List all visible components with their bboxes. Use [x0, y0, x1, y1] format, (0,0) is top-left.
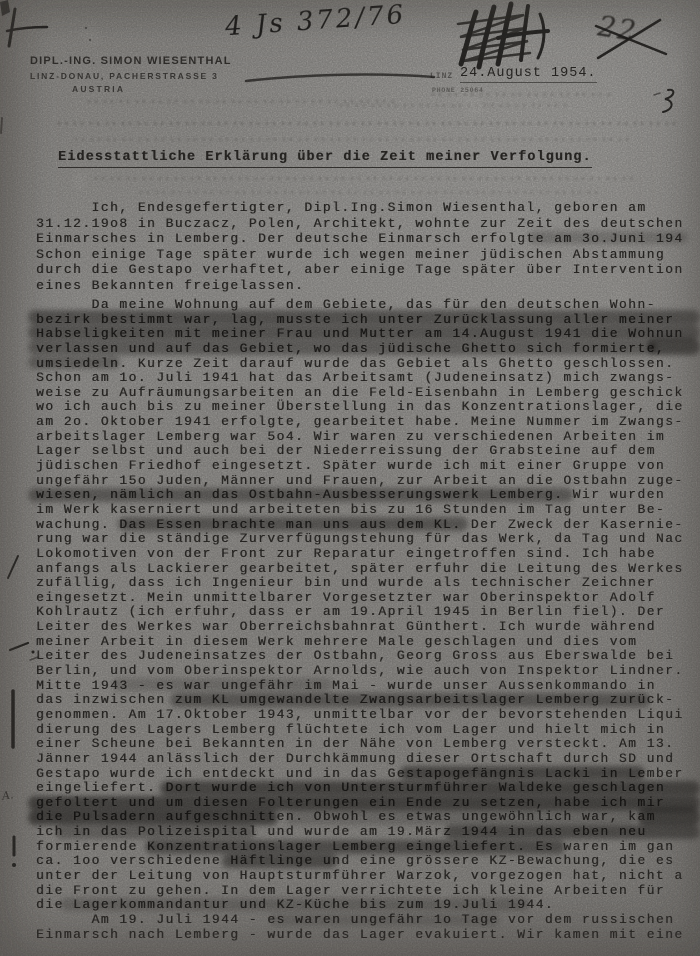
paragraph: Ich, Endesgefertigter, Dipl.Ing.Simon Wi…: [36, 200, 700, 293]
ghost-text-row: [140, 191, 600, 194]
text-line: Gestapo wurde ich entdeckt und in das Ge…: [36, 767, 700, 782]
dateline-phone: PHONE 25064: [432, 87, 484, 94]
document-title: Eidesstattliche Erklärung über die Zeit …: [58, 150, 592, 168]
text-line: genommen. Am 17.Oktober 1943, unmittelba…: [36, 708, 700, 723]
dateline-date: 24.August 1954.: [460, 66, 597, 83]
text-line: wo ich auch bis zu meiner Überstellung i…: [36, 400, 700, 415]
scribble-crossout-icon: [458, 4, 548, 67]
text-line: durch die Gestapo verhaftet, aber einige…: [36, 262, 700, 278]
text-line: ca. 1oo verschiedene Häftlinge und eine …: [36, 854, 700, 869]
ink-dot-icon: [85, 27, 87, 29]
text-line: Jänner 1944 anlässlich der Durchkämmung …: [36, 752, 700, 767]
text-line: eingesetzt. Mein unmittelbarer Vorgesetz…: [36, 591, 700, 606]
text-line: 31.12.19o8 in Buczacz, Polen, Architekt,…: [36, 216, 700, 232]
text-line: Lager selbst und auch bei der Niederreis…: [36, 444, 700, 459]
letterhead: DIPL.-ING. SIMON WIESENTHAL LINZ-DONAU, …: [30, 55, 232, 94]
text-line: Am 19. Juli 1944 - es waren ungefähr 1o …: [36, 913, 700, 928]
text-line: Habseligkeiten mit meiner Frau und Mutte…: [36, 327, 700, 342]
text-line: Mitte 1943 - es war ungefähr im Mai - wu…: [36, 679, 700, 694]
text-line: Einmarsch nach Lemberg - wurde das Lager…: [36, 928, 700, 943]
text-line: einer Scheune bei Bekannten in der Nähe …: [36, 737, 700, 752]
text-line: arbeitslager Lemberg war 5o4. Wir waren …: [36, 430, 700, 445]
text-line: zufällig, dass ich Ingenieur bin und wur…: [36, 576, 700, 591]
text-line: ich in das Polizeispital und wurde am 19…: [36, 825, 700, 840]
text-line: unter der Leitung von Hauptsturmführer W…: [36, 869, 700, 884]
text-line: meiner Arbeit in diesem Werk mehrere Mal…: [36, 635, 700, 650]
document-body: Ich, Endesgefertigter, Dipl.Ing.Simon Wi…: [36, 200, 700, 956]
text-line: Da meine Wohnung auf dem Gebiete, das fü…: [36, 298, 700, 313]
ink-dot-icon: [89, 39, 91, 41]
text-line: dierung des Lagers Lemberg flüchtete ich…: [36, 723, 700, 738]
text-line: die Front zu gehen. In dem Lager verrich…: [36, 884, 700, 899]
ghost-text-row: [340, 104, 570, 107]
text-line: die Lagerkommandantur und KZ-Küche bis z…: [36, 898, 700, 913]
text-line: Leiter des Judeneinsatzes der Ostbahn, G…: [36, 649, 700, 664]
text-line: wiesen, nämlich an das Ostbahn-Ausbesser…: [36, 488, 700, 503]
text-line: Kohlrautz (ich erfuhr, dass er am 19.Apr…: [36, 605, 700, 620]
dateline-city: LINZ: [430, 72, 453, 81]
text-line: Leiter des Werkes war Oberreichsbahnrat …: [36, 620, 700, 635]
handwritten-case-number: 4 Js 372/76: [224, 0, 407, 42]
text-line: bezirk bestimmt war, lag, musste ich unt…: [36, 313, 700, 328]
edge-tick-icon: [1, 118, 2, 133]
paragraph: Am 19. Juli 1944 - es waren ungefähr 1o …: [36, 913, 700, 942]
text-line: formierende Konzentrationslager Lemberg …: [36, 840, 700, 855]
margin-dash-icon: [10, 643, 28, 650]
date-squiggle-icon: [654, 90, 673, 112]
text-line: Berlin, und vom Oberinspektor Arnolds, w…: [36, 664, 700, 679]
crossed-out-page-number: 22: [596, 9, 640, 48]
text-line: ungefähr 15o Juden, Männer und Frauen, z…: [36, 474, 700, 489]
text-line: anfangs als Lackierer gearbeitet, später…: [36, 562, 700, 577]
ink-dot-icon: [32, 651, 35, 654]
paragraph: Da meine Wohnung auf dem Gebiete, das fü…: [36, 298, 700, 913]
text-line: die Pulsadern aufgeschnitten. Obwohl es …: [36, 810, 700, 825]
ghost-text-row: [88, 100, 398, 103]
text-line: jüdischen Friedhof eingesetzt. Später wu…: [36, 459, 700, 474]
text-line: im Werk kaserniert und arbeiteten bis zu…: [36, 503, 700, 518]
text-line: verlassen und auf das Gebiet, wo das jüd…: [36, 342, 700, 357]
text-line: Lokomotiven von der Front zur Reparatur …: [36, 547, 700, 562]
text-line: umsiedeln. Kurze Zeit darauf wurde das G…: [36, 357, 700, 372]
ghost-text-row: [58, 122, 678, 125]
margin-slash-icon: [8, 556, 18, 578]
letterhead-address: LINZ-DONAU, PACHERSTRASSE 3: [30, 71, 232, 81]
text-line: am 2o. Oktober 1941 erfolgte, gearbeitet…: [36, 415, 700, 430]
ghost-text-row: [95, 177, 635, 180]
ghost-text-row: [75, 138, 635, 141]
corner-blot-icon: [0, 0, 10, 16]
underline-stroke-icon: [246, 74, 434, 81]
ink-dot-icon: [12, 863, 16, 867]
checkmark-icon: [9, 9, 15, 46]
margin-letter-mark: A.: [1, 788, 14, 802]
text-line: Einmarsches in Lemberg. Der deutsche Ein…: [36, 231, 700, 247]
text-line: wachung. Das Essen brachte man uns aus d…: [36, 518, 700, 533]
text-line: eingeliefert. Dort wurde ich von Unterst…: [36, 781, 700, 796]
letterhead-name: DIPL.-ING. SIMON WIESENTHAL: [30, 55, 232, 67]
text-line: rung war die ständige Zurverfügungstehun…: [36, 532, 700, 547]
letterhead-country: AUSTRIA: [72, 84, 232, 94]
checkmark-icon: [7, 27, 47, 31]
text-line: weise zu Aufräumungsarbeiten an die Feld…: [36, 386, 700, 401]
text-line: Schon am 1o. Juli 1941 hat das Arbeitsam…: [36, 371, 700, 386]
text-line: eines Bekannten freigelassen.: [36, 278, 700, 294]
text-line: gefoltert und um diesen Folterungen ein …: [36, 796, 700, 811]
text-line: das inzwischen zum KL umgewandelte Zwang…: [36, 693, 700, 708]
text-line: Schon einige Tage später wurde ich wegen…: [36, 247, 700, 263]
scanned-document-page: DIPL.-ING. SIMON WIESENTHAL LINZ-DONAU, …: [0, 0, 700, 956]
text-line: Ich, Endesgefertigter, Dipl.Ing.Simon Wi…: [36, 200, 700, 216]
